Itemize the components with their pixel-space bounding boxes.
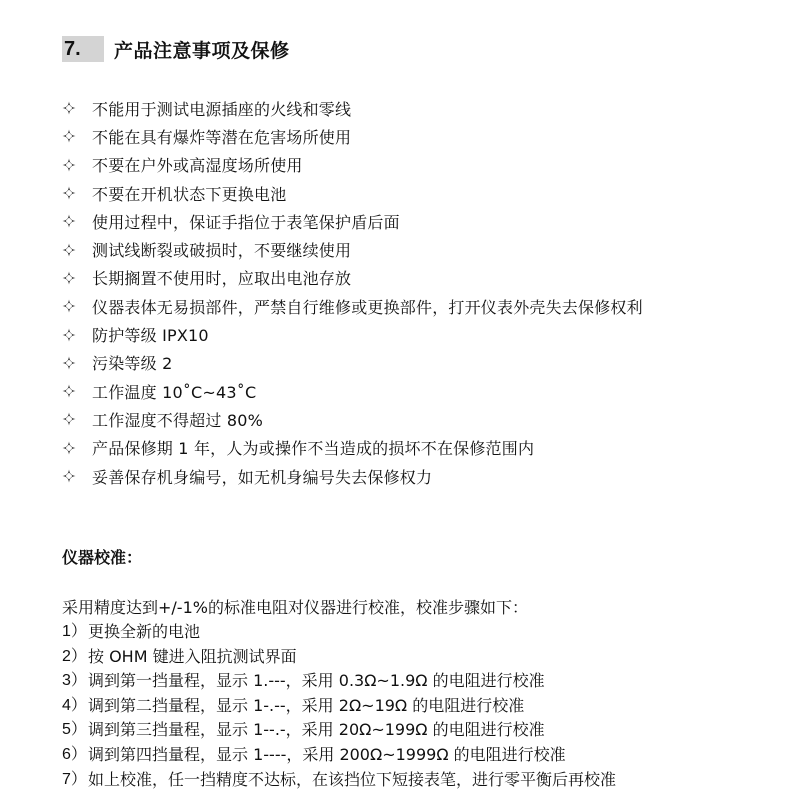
list-item: 不要在开机状态下更换电池 (62, 179, 643, 207)
step-item: 5） 调到第三挡量程，显示 1--.-，采用 20Ω~199Ω 的电阻进行校准 (62, 718, 616, 743)
diamond-star-icon (62, 469, 76, 483)
list-item-text: 不能用于测试电源插座的火线和零线 (92, 97, 351, 120)
step-text: 调到第四挡量程，显示 1----，采用 200Ω~1999Ω 的电阻进行校准 (88, 743, 566, 768)
diamond-star-icon (62, 328, 76, 342)
section-heading: 7. 产品注意事项及保修 (62, 36, 290, 62)
step-number: 5） (62, 718, 88, 743)
list-item-text: 长期搁置不使用时，应取出电池存放 (92, 266, 351, 289)
list-item-text: 产品保修期 1 年，人为或操作不当造成的损坏不在保修范围内 (92, 436, 534, 459)
list-item-text: 使用过程中，保证手指位于表笔保护盾后面 (92, 210, 400, 233)
list-item-text: 不要在户外或高湿度场所使用 (92, 153, 303, 176)
list-item-text: 测试线断裂或破损时，不要继续使用 (92, 238, 351, 261)
list-item-text: 防护等级 IPX10 (92, 323, 209, 346)
calibration-heading: 仪器校准： (62, 545, 142, 568)
step-number: 2） (62, 645, 88, 670)
diamond-star-icon (62, 214, 76, 228)
list-item: 不能用于测试电源插座的火线和零线 (62, 94, 643, 122)
step-item: 7） 如上校准，任一挡精度不达标，在该挡位下短接表笔，进行零平衡后再校准 (62, 768, 616, 793)
step-item: 2） 按 OHM 键进入阻抗测试界面 (62, 645, 616, 670)
step-text: 调到第一挡量程，显示 1.---，采用 0.3Ω~1.9Ω 的电阻进行校准 (88, 669, 545, 694)
list-item: 污染等级 2 (62, 349, 643, 377)
diamond-star-icon (62, 186, 76, 200)
step-item: 3） 调到第一挡量程，显示 1.---，采用 0.3Ω~1.9Ω 的电阻进行校准 (62, 669, 616, 694)
diamond-star-icon (62, 243, 76, 257)
list-item: 工作湿度不得超过 80% (62, 405, 643, 433)
section-title: 产品注意事项及保修 (114, 36, 290, 63)
list-item-text: 工作温度 10˚C~43˚C (92, 380, 256, 403)
diamond-star-icon (62, 101, 76, 115)
list-item: 妥善保存机身编号，如无机身编号失去保修权力 (62, 462, 643, 490)
precautions-list: 不能用于测试电源插座的火线和零线 不能在具有爆炸等潜在危害场所使用 不要在户外或… (62, 94, 643, 490)
step-text: 按 OHM 键进入阻抗测试界面 (88, 645, 297, 670)
step-number: 4） (62, 694, 88, 719)
step-number: 3） (62, 669, 88, 694)
diamond-star-icon (62, 299, 76, 313)
diamond-star-icon (62, 129, 76, 143)
list-item: 长期搁置不使用时，应取出电池存放 (62, 264, 643, 292)
calibration-intro: 采用精度达到+/-1%的标准电阻对仪器进行校准，校准步骤如下： (62, 595, 528, 618)
diamond-star-icon (62, 158, 76, 172)
list-item-text: 污染等级 2 (92, 351, 172, 374)
list-item-text: 不要在开机状态下更换电池 (92, 182, 286, 205)
list-item-text: 妥善保存机身编号，如无机身编号失去保修权力 (92, 465, 432, 488)
step-item: 4） 调到第二挡量程，显示 1-.--，采用 2Ω~19Ω 的电阻进行校准 (62, 694, 616, 719)
step-text: 调到第二挡量程，显示 1-.--，采用 2Ω~19Ω 的电阻进行校准 (88, 694, 524, 719)
diamond-star-icon (62, 271, 76, 285)
diamond-star-icon (62, 441, 76, 455)
list-item: 工作温度 10˚C~43˚C (62, 377, 643, 405)
step-text: 更换全新的电池 (88, 620, 200, 645)
list-item: 不要在户外或高湿度场所使用 (62, 151, 643, 179)
step-text: 如上校准，任一挡精度不达标，在该挡位下短接表笔，进行零平衡后再校准 (88, 768, 616, 793)
diamond-star-icon (62, 384, 76, 398)
diamond-star-icon (62, 356, 76, 370)
document-page: 7. 产品注意事项及保修 不能用于测试电源插座的火线和零线 不能在具有爆炸等潜在… (0, 0, 800, 800)
calibration-steps: 1） 更换全新的电池 2） 按 OHM 键进入阻抗测试界面 3） 调到第一挡量程… (62, 620, 616, 792)
list-item-text: 不能在具有爆炸等潜在危害场所使用 (92, 125, 351, 148)
step-number: 7） (62, 768, 88, 793)
list-item: 仪器表体无易损部件，严禁自行维修或更换部件，打开仪表外壳失去保修权利 (62, 292, 643, 320)
diamond-star-icon (62, 412, 76, 426)
step-number: 1） (62, 620, 88, 645)
list-item-text: 仪器表体无易损部件，严禁自行维修或更换部件，打开仪表外壳失去保修权利 (92, 295, 643, 318)
step-item: 6） 调到第四挡量程，显示 1----，采用 200Ω~1999Ω 的电阻进行校… (62, 743, 616, 768)
step-text: 调到第三挡量程，显示 1--.-，采用 20Ω~199Ω 的电阻进行校准 (88, 718, 545, 743)
list-item: 测试线断裂或破损时，不要继续使用 (62, 235, 643, 263)
step-item: 1） 更换全新的电池 (62, 620, 616, 645)
list-item-text: 工作湿度不得超过 80% (92, 408, 263, 431)
list-item: 产品保修期 1 年，人为或操作不当造成的损坏不在保修范围内 (62, 434, 643, 462)
step-number: 6） (62, 743, 88, 768)
list-item: 使用过程中，保证手指位于表笔保护盾后面 (62, 207, 643, 235)
list-item: 不能在具有爆炸等潜在危害场所使用 (62, 122, 643, 150)
section-number: 7. (62, 36, 104, 62)
list-item: 防护等级 IPX10 (62, 320, 643, 348)
